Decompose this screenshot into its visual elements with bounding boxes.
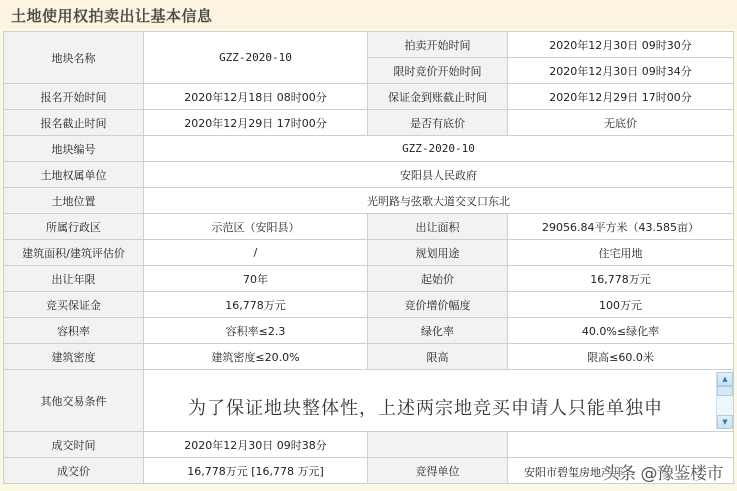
value-district: 示范区（安阳县） bbox=[144, 214, 368, 240]
label-deal-time: 成交时间 bbox=[4, 432, 144, 458]
label-term: 出让年限 bbox=[4, 266, 144, 292]
label-owner: 土地权属单位 bbox=[4, 162, 144, 188]
value-deal-price: 16,778万元 [16,778 万元] bbox=[144, 458, 368, 484]
value-green: 40.0%≤绿化率 bbox=[508, 318, 734, 344]
value-height: 限高≤60.0米 bbox=[508, 344, 734, 370]
label-other-conditions: 其他交易条件 bbox=[4, 370, 144, 432]
value-reserve-price: 无底价 bbox=[508, 110, 734, 136]
value-area: 29056.84平方米（43.585亩） bbox=[508, 214, 734, 240]
label-reserve-price: 是否有底价 bbox=[368, 110, 508, 136]
label-area: 出让面积 bbox=[368, 214, 508, 240]
other-conditions-cell: 为了保证地块整体性，上述两宗地竞买申请人只能单独申 ▲ ▼ bbox=[144, 370, 734, 432]
value-parcel-no: GZZ-2020-10 bbox=[144, 136, 734, 162]
label-reg-start: 报名开始时间 bbox=[4, 84, 144, 110]
value-reg-deadline: 2020年12月29日 17时00分 bbox=[144, 110, 368, 136]
label-green: 绿化率 bbox=[368, 318, 508, 344]
value-winner-cell: 安阳市碧玺房地产开 头条 @豫鉴楼市 bbox=[508, 458, 734, 484]
label-start-price: 起始价 bbox=[368, 266, 508, 292]
value-use: 住宅用地 bbox=[508, 240, 734, 266]
value-far: 容积率≤2.3 bbox=[144, 318, 368, 344]
label-deposit-deadline: 保证金到账截止时间 bbox=[368, 84, 508, 110]
scroll-thumb[interactable] bbox=[717, 386, 733, 396]
section-title: 土地使用权拍卖出让基本信息 bbox=[11, 5, 213, 26]
label-use: 规划用途 bbox=[368, 240, 508, 266]
empty-value-cell bbox=[508, 432, 734, 458]
vertical-scrollbar[interactable]: ▲ ▼ bbox=[716, 372, 733, 429]
scroll-up-arrow-icon[interactable]: ▲ bbox=[717, 372, 733, 386]
value-location: 光明路与弦歌大道交叉口东北 bbox=[144, 188, 734, 214]
label-far: 容积率 bbox=[4, 318, 144, 344]
label-height: 限高 bbox=[368, 344, 508, 370]
land-info-table: 地块名称 GZZ-2020-10 拍卖开始时间 2020年12月30日 09时3… bbox=[3, 31, 734, 484]
value-bid-deposit: 16,778万元 bbox=[144, 292, 368, 318]
value-building-area: / bbox=[144, 240, 368, 266]
label-increment: 竞价增价幅度 bbox=[368, 292, 508, 318]
value-density: 建筑密度≤20.0% bbox=[144, 344, 368, 370]
other-conditions-text: 为了保证地块整体性，上述两宗地竞买申请人只能单独申 bbox=[188, 394, 663, 420]
label-location: 土地位置 bbox=[4, 188, 144, 214]
value-reg-start: 2020年12月18日 08时00分 bbox=[144, 84, 368, 110]
label-auction-start: 拍卖开始时间 bbox=[368, 32, 508, 58]
value-deposit-deadline: 2020年12月29日 17时00分 bbox=[508, 84, 734, 110]
section-header: 土地使用权拍卖出让基本信息 bbox=[0, 0, 737, 28]
scroll-down-arrow-icon[interactable]: ▼ bbox=[717, 415, 733, 429]
label-limited-bid-start: 限时竞价开始时间 bbox=[368, 58, 508, 84]
empty-label-cell bbox=[368, 432, 508, 458]
other-conditions-textarea[interactable]: 为了保证地块整体性，上述两宗地竞买申请人只能单独申 ▲ ▼ bbox=[144, 370, 733, 431]
label-reg-deadline: 报名截止时间 bbox=[4, 110, 144, 136]
label-deal-price: 成交价 bbox=[4, 458, 144, 484]
label-parcel-name: 地块名称 bbox=[4, 32, 144, 84]
value-increment: 100万元 bbox=[508, 292, 734, 318]
value-deal-time: 2020年12月30日 09时38分 bbox=[144, 432, 368, 458]
label-winner: 竞得单位 bbox=[368, 458, 508, 484]
label-bid-deposit: 竞买保证金 bbox=[4, 292, 144, 318]
label-density: 建筑密度 bbox=[4, 344, 144, 370]
value-auction-start: 2020年12月30日 09时30分 bbox=[508, 32, 734, 58]
label-building-area: 建筑面积/建筑评估价 bbox=[4, 240, 144, 266]
value-start-price: 16,778万元 bbox=[508, 266, 734, 292]
label-district: 所属行政区 bbox=[4, 214, 144, 240]
watermark: 头条 @豫鉴楼市 bbox=[603, 459, 723, 484]
value-limited-bid-start: 2020年12月30日 09时34分 bbox=[508, 58, 734, 84]
value-owner: 安阳县人民政府 bbox=[144, 162, 734, 188]
value-parcel-name: GZZ-2020-10 bbox=[144, 32, 368, 84]
label-parcel-no: 地块编号 bbox=[4, 136, 144, 162]
value-term: 70年 bbox=[144, 266, 368, 292]
